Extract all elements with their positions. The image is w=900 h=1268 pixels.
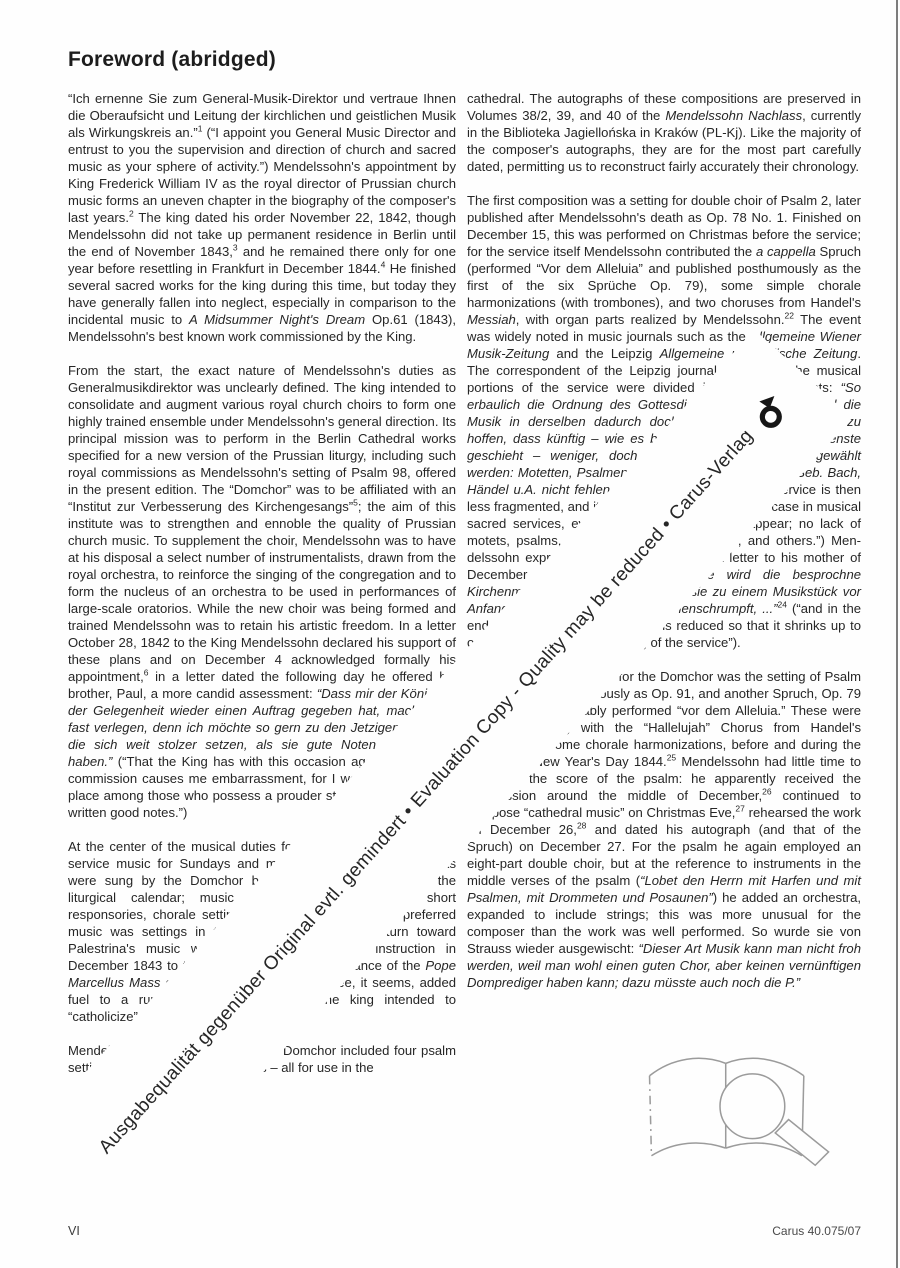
scanned-page: Foreword (abridged) “Ich ernenne Sie zum… (0, 0, 900, 1268)
book-magnifier-icon (640, 1048, 840, 1179)
edition-number: Carus 40.075/07 (467, 1224, 861, 1238)
page-title: Foreword (abridged) (68, 48, 276, 72)
paragraph: cathedral. The autographs of these compo… (467, 90, 861, 175)
carus-verlag-logo-icon (746, 388, 793, 435)
page-number: VI (68, 1224, 80, 1238)
paragraph: “Ich ernenne Sie zum General-Musik-Direk… (68, 90, 456, 345)
scan-edge-line (896, 0, 898, 1268)
book-magnifier-logo (636, 1042, 844, 1178)
